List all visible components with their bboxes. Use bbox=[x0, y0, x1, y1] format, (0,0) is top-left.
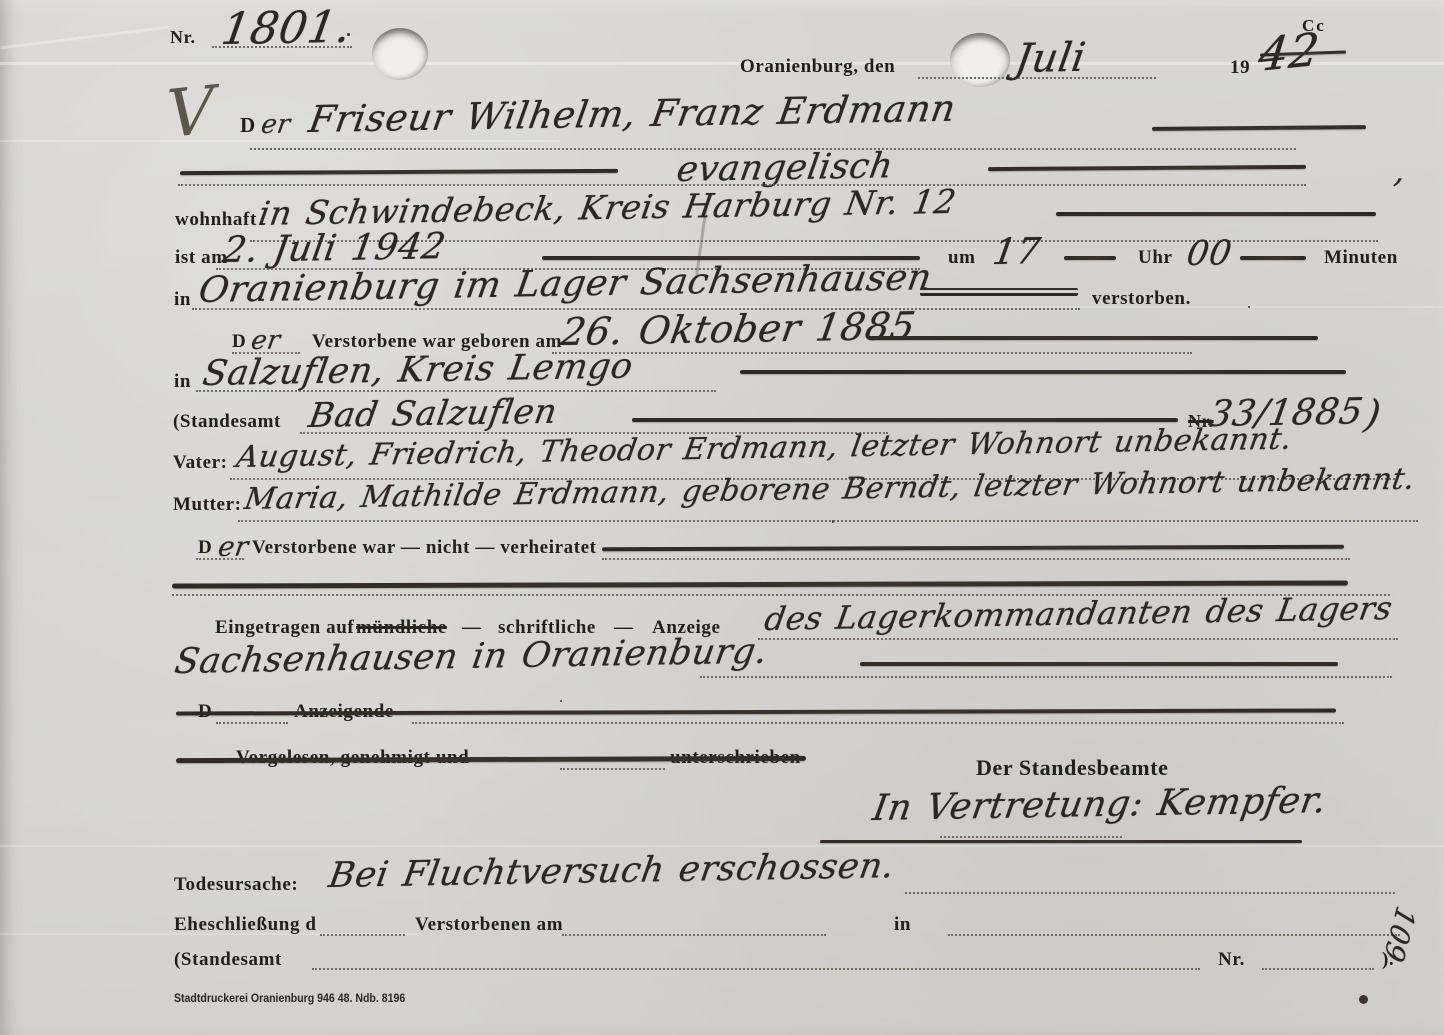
standesamt2-label: (Standesamt bbox=[174, 949, 282, 971]
pen-dash bbox=[860, 662, 1338, 666]
fill-line bbox=[562, 934, 826, 936]
fill-line bbox=[212, 46, 352, 48]
death-minute: 00 bbox=[1184, 233, 1235, 274]
marriage-mid-label: Verstorbenen am bbox=[415, 914, 563, 936]
pen-dash bbox=[632, 418, 1178, 422]
mother-label: Mutter: bbox=[173, 494, 242, 516]
fill-line bbox=[948, 934, 1400, 936]
pen-dash bbox=[740, 370, 1346, 374]
place-date-label: Oranienburg, den bbox=[740, 56, 895, 78]
fill-line bbox=[412, 722, 1344, 724]
scan-streak bbox=[0, 845, 1444, 847]
nr-label: Nr. bbox=[170, 27, 196, 48]
fill-line bbox=[1262, 968, 1374, 970]
pen-dash bbox=[602, 545, 1344, 552]
paren-close: ) bbox=[1362, 392, 1384, 436]
pen-dash bbox=[1240, 256, 1306, 260]
pen-dash bbox=[868, 336, 1318, 340]
um-label: um bbox=[948, 247, 976, 269]
death-hour: 17 bbox=[990, 231, 1043, 273]
pen-dash bbox=[180, 169, 618, 175]
cause-value: Bei Fluchtversuch erschossen. bbox=[326, 846, 897, 896]
pen-rule bbox=[172, 580, 1348, 588]
fill-line bbox=[905, 892, 1395, 894]
death-month: Juli bbox=[1012, 35, 1089, 82]
registrar-title: Der Standesbeamte bbox=[976, 755, 1169, 781]
marriage-label: Eheschließung d bbox=[174, 914, 317, 936]
der-printed: D bbox=[198, 537, 212, 559]
scan-streak bbox=[0, 140, 560, 142]
standesamt-value: Bad Salzuflen bbox=[306, 392, 560, 436]
scan-scratch bbox=[0, 26, 169, 50]
fill-line bbox=[940, 836, 1122, 838]
der-printed: D bbox=[232, 331, 246, 353]
residence-label: wohnhaft bbox=[175, 209, 257, 231]
fill-line bbox=[758, 638, 1398, 640]
ink-blot bbox=[1359, 995, 1368, 1004]
registrar-signature: In Vertretung: Kempfer. bbox=[870, 780, 1330, 829]
muendliche-struck: mündliche bbox=[356, 617, 447, 639]
der-suffix-handwritten: er bbox=[259, 110, 293, 140]
fill-line bbox=[312, 968, 1200, 970]
deceased-name: Friseur Wilhelm, Franz Erdmann bbox=[306, 87, 959, 141]
death-place-label: in bbox=[174, 289, 191, 311]
fill-line bbox=[238, 520, 1418, 522]
minuten-label: Minuten bbox=[1324, 247, 1398, 269]
marital-status-label: Verstorbene war — nicht — verheiratet bbox=[252, 537, 597, 559]
pen-dash bbox=[988, 165, 1306, 171]
signature-underline bbox=[820, 840, 1302, 843]
fill-line bbox=[196, 390, 716, 392]
fill-line bbox=[602, 558, 1350, 560]
birthplace-label: in bbox=[174, 371, 191, 393]
reporter-value-line1: des Lagerkommandanten des Lagers bbox=[762, 589, 1395, 638]
year-prefix: 19 bbox=[1230, 57, 1250, 79]
pen-dash bbox=[1064, 256, 1116, 260]
fill-line bbox=[320, 934, 405, 936]
verstorben-label: verstorben. bbox=[1092, 288, 1191, 310]
option-dash: — bbox=[462, 617, 482, 639]
fill-line bbox=[560, 768, 665, 770]
death-date-value: 2. Juli 1942 bbox=[220, 226, 449, 271]
pen-dash bbox=[1056, 212, 1376, 216]
standesamt-label: (Standesamt bbox=[173, 411, 281, 433]
pen-dash bbox=[920, 288, 1078, 296]
marriage-in-label: in bbox=[894, 914, 911, 936]
fill-line bbox=[216, 722, 288, 724]
father-label: Vater: bbox=[173, 452, 228, 474]
trailing-comma: , bbox=[1392, 152, 1409, 190]
pen-dash bbox=[1152, 125, 1366, 131]
cause-label: Todesursache: bbox=[174, 874, 298, 896]
death-certificate-scan: Nr. 1801. Cc Oranienburg, den Juli 19 42… bbox=[0, 0, 1444, 1035]
nr2-label: Nr. bbox=[1218, 949, 1245, 971]
eingetragen-label: Eingetragen auf bbox=[215, 617, 354, 639]
residence-value: in Schwindebeck, Kreis Harburg Nr. 12 bbox=[256, 182, 959, 233]
fill-line bbox=[552, 352, 1192, 354]
punch-hole bbox=[372, 28, 428, 80]
birthplace-value: Salzuflen, Kreis Lemgo bbox=[200, 347, 636, 394]
ink-speck bbox=[1248, 306, 1250, 308]
margin-number: 109 bbox=[1377, 902, 1422, 967]
fill-line bbox=[196, 558, 244, 560]
fill-line bbox=[700, 676, 1392, 678]
der-printed: D bbox=[240, 113, 256, 138]
ink-speck bbox=[560, 700, 562, 702]
scan-streak bbox=[0, 62, 1444, 65]
uhr-label: Uhr bbox=[1138, 247, 1173, 269]
check-mark: V bbox=[165, 71, 216, 153]
reporter-value-line2: Sachsenhausen in Oranienburg. bbox=[172, 632, 770, 682]
printer-note: Stadtdruckerei Oranienburg 946 48. Ndb. … bbox=[174, 991, 405, 1005]
